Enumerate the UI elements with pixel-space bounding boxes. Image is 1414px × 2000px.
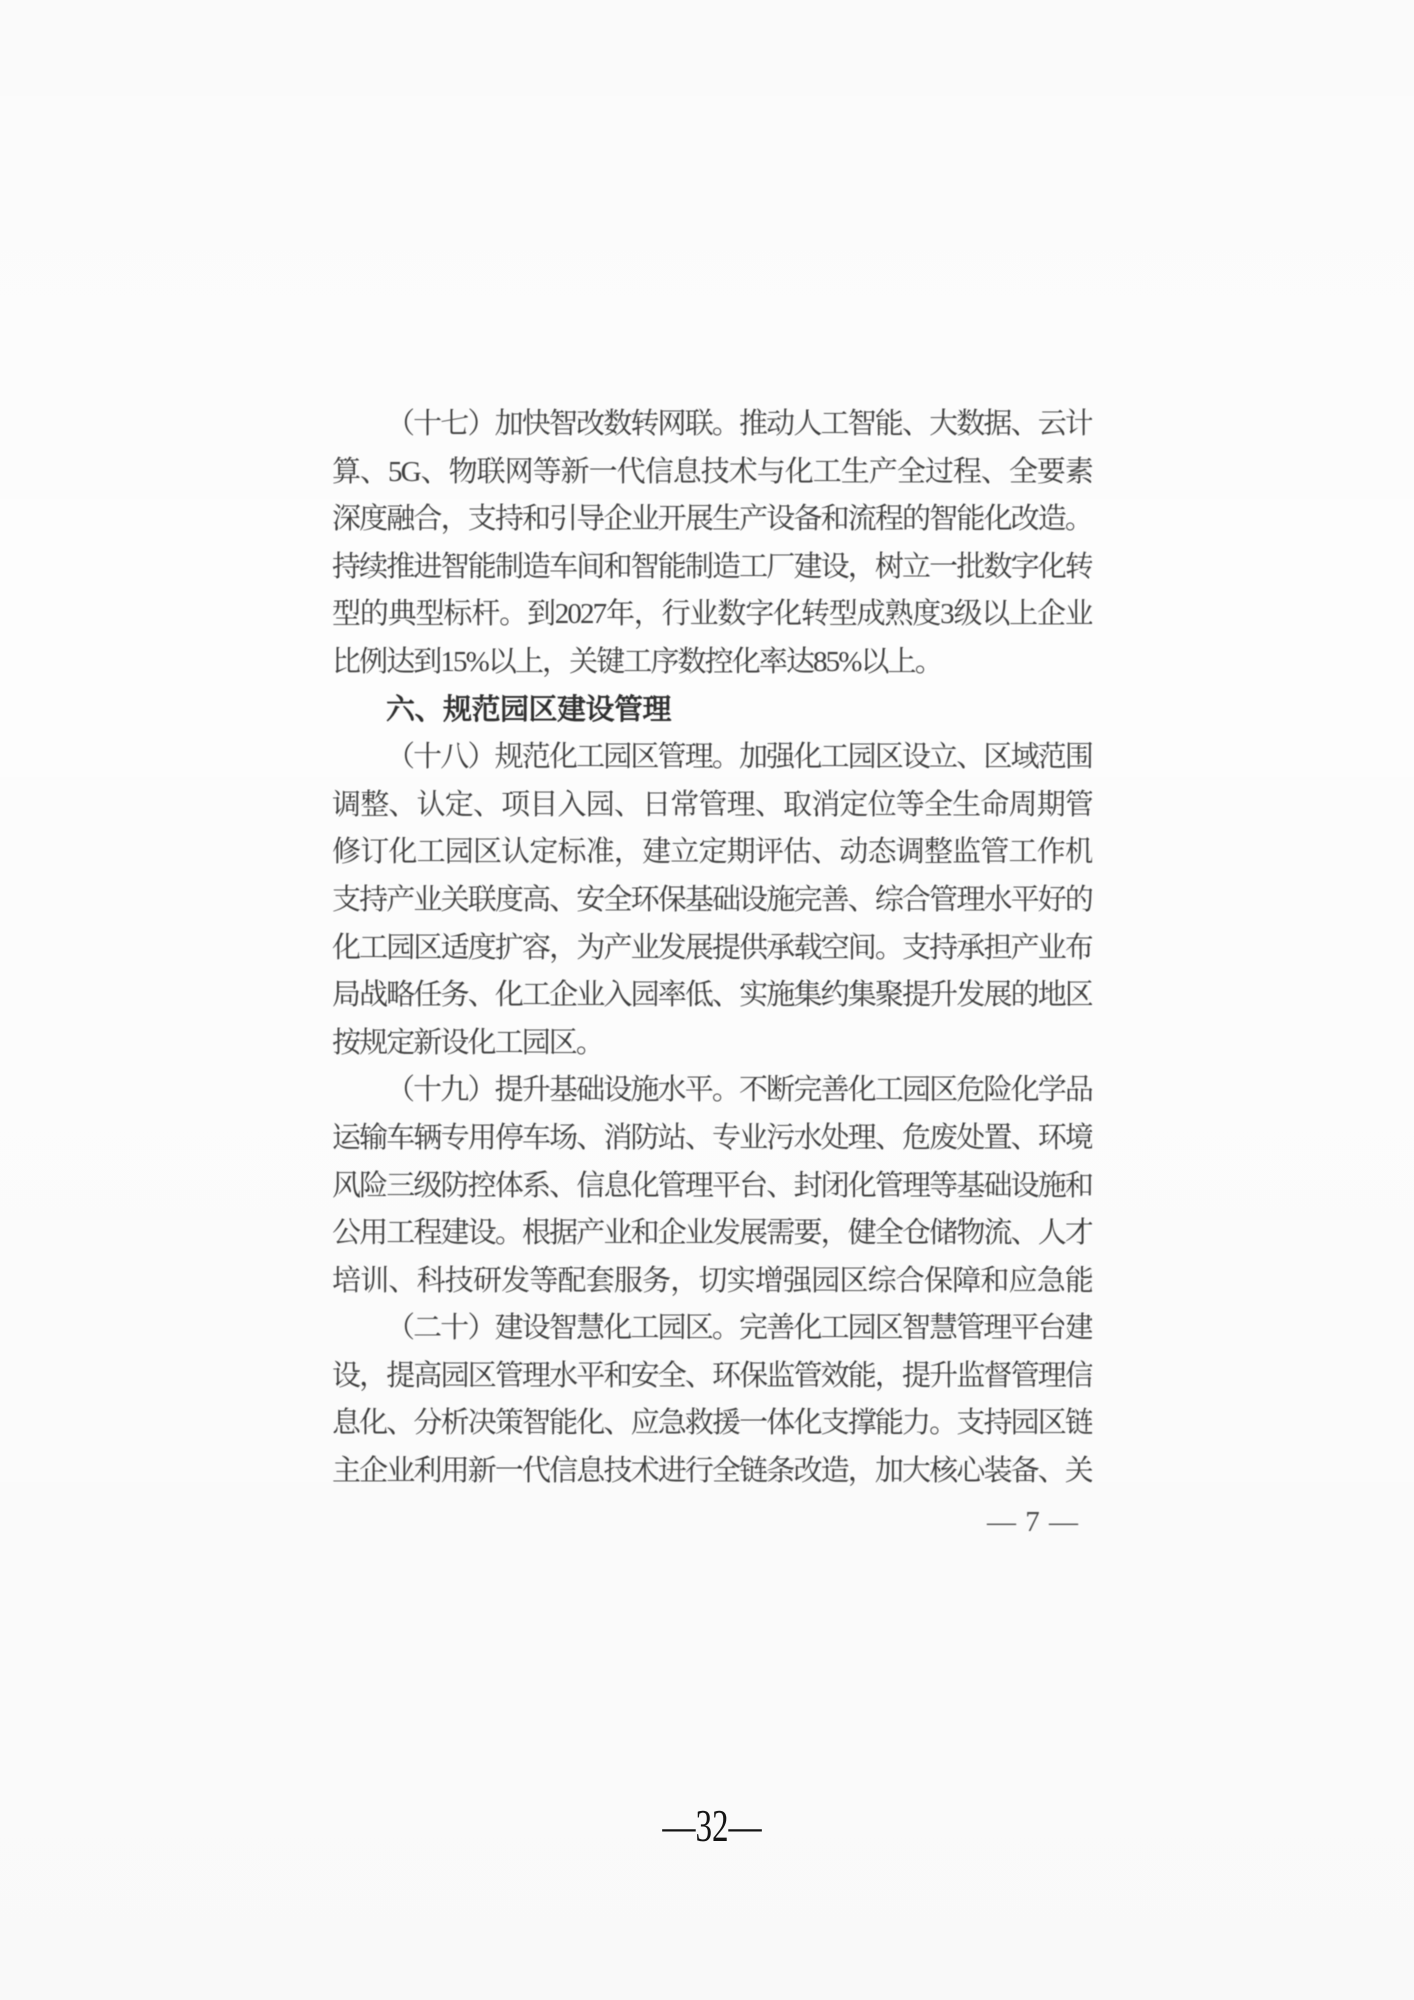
footer-page-number: —32— bbox=[658, 1799, 766, 1852]
text-line: 运输车辆专用停车场、消防站、专业污水处理、危废处置、环境 bbox=[332, 1115, 1092, 1163]
text-line: 设，提高园区管理水平和安全、环保监管效能，提升监督管理信 bbox=[332, 1353, 1092, 1401]
text-line: 算、5G、物联网等新一代信息技术与化工生产全过程、全要素 bbox=[332, 449, 1092, 497]
text-line: 风险三级防控体系、信息化管理平台、封闭化管理等基础设施和 bbox=[332, 1163, 1092, 1211]
text-line: 化工园区适度扩容，为产业发展提供承载空间。支持承担产业布 bbox=[332, 925, 1092, 973]
text-line: （二十）建设智慧化工园区。完善化工园区智慧管理平台建 bbox=[332, 1305, 1092, 1353]
text-line: 按规定新设化工园区。 bbox=[332, 1020, 1092, 1068]
text-line: 深度融合，支持和引导企业开展生产设备和流程的智能化改造。 bbox=[332, 496, 1092, 544]
text-line: 持续推进智能制造车间和智能制造工厂建设，树立一批数字化转 bbox=[332, 544, 1092, 592]
text-line: （十九）提升基础设施水平。不断完善化工园区危险化学品 bbox=[332, 1067, 1092, 1115]
document-page: （十七）加快智改数转网联。推动人工智能、大数据、云计 算、5G、物联网等新一代信… bbox=[0, 0, 1414, 2000]
text-line: 培训、科技研发等配套服务，切实增强园区综合保障和应急能力。 bbox=[332, 1258, 1092, 1306]
text-line: 局战略任务、化工企业入园率低、实施集约集聚提升发展的地区 bbox=[332, 972, 1092, 1020]
text-line: 比例达到15%以上，关键工序数控化率达85%以上。 bbox=[332, 639, 1092, 687]
text-line: 息化、分析决策智能化、应急救援一体化支撑能力。支持园区链 bbox=[332, 1400, 1092, 1448]
text-line: 调整、认定、项目入园、日常管理、取消定位等全生命周期管理， bbox=[332, 782, 1092, 830]
body-text: （十七）加快智改数转网联。推动人工智能、大数据、云计 算、5G、物联网等新一代信… bbox=[332, 401, 1092, 1496]
text-line: 型的典型标杆。到2027年，行业数字化转型成熟度3级以上企业 bbox=[332, 591, 1092, 639]
inner-page-number: — 7 — bbox=[968, 1506, 1098, 1539]
text-line: （十七）加快智改数转网联。推动人工智能、大数据、云计 bbox=[332, 401, 1092, 449]
text-line: 支持产业关联度高、安全环保基础设施完善、综合管理水平好的 bbox=[332, 877, 1092, 925]
text-line: （十八）规范化工园区管理。加强化工园区设立、区域范围 bbox=[332, 734, 1092, 782]
text-line: 公用工程建设。根据产业和企业发展需要，健全仓储物流、人才 bbox=[332, 1210, 1092, 1258]
text-line: 主企业利用新一代信息技术进行全链条改造，加大核心装备、关 bbox=[332, 1448, 1092, 1496]
section-heading: 六、规范园区建设管理 bbox=[332, 687, 1092, 735]
text-line: 修订化工园区认定标准，建立定期评估、动态调整监管工作机制。 bbox=[332, 829, 1092, 877]
